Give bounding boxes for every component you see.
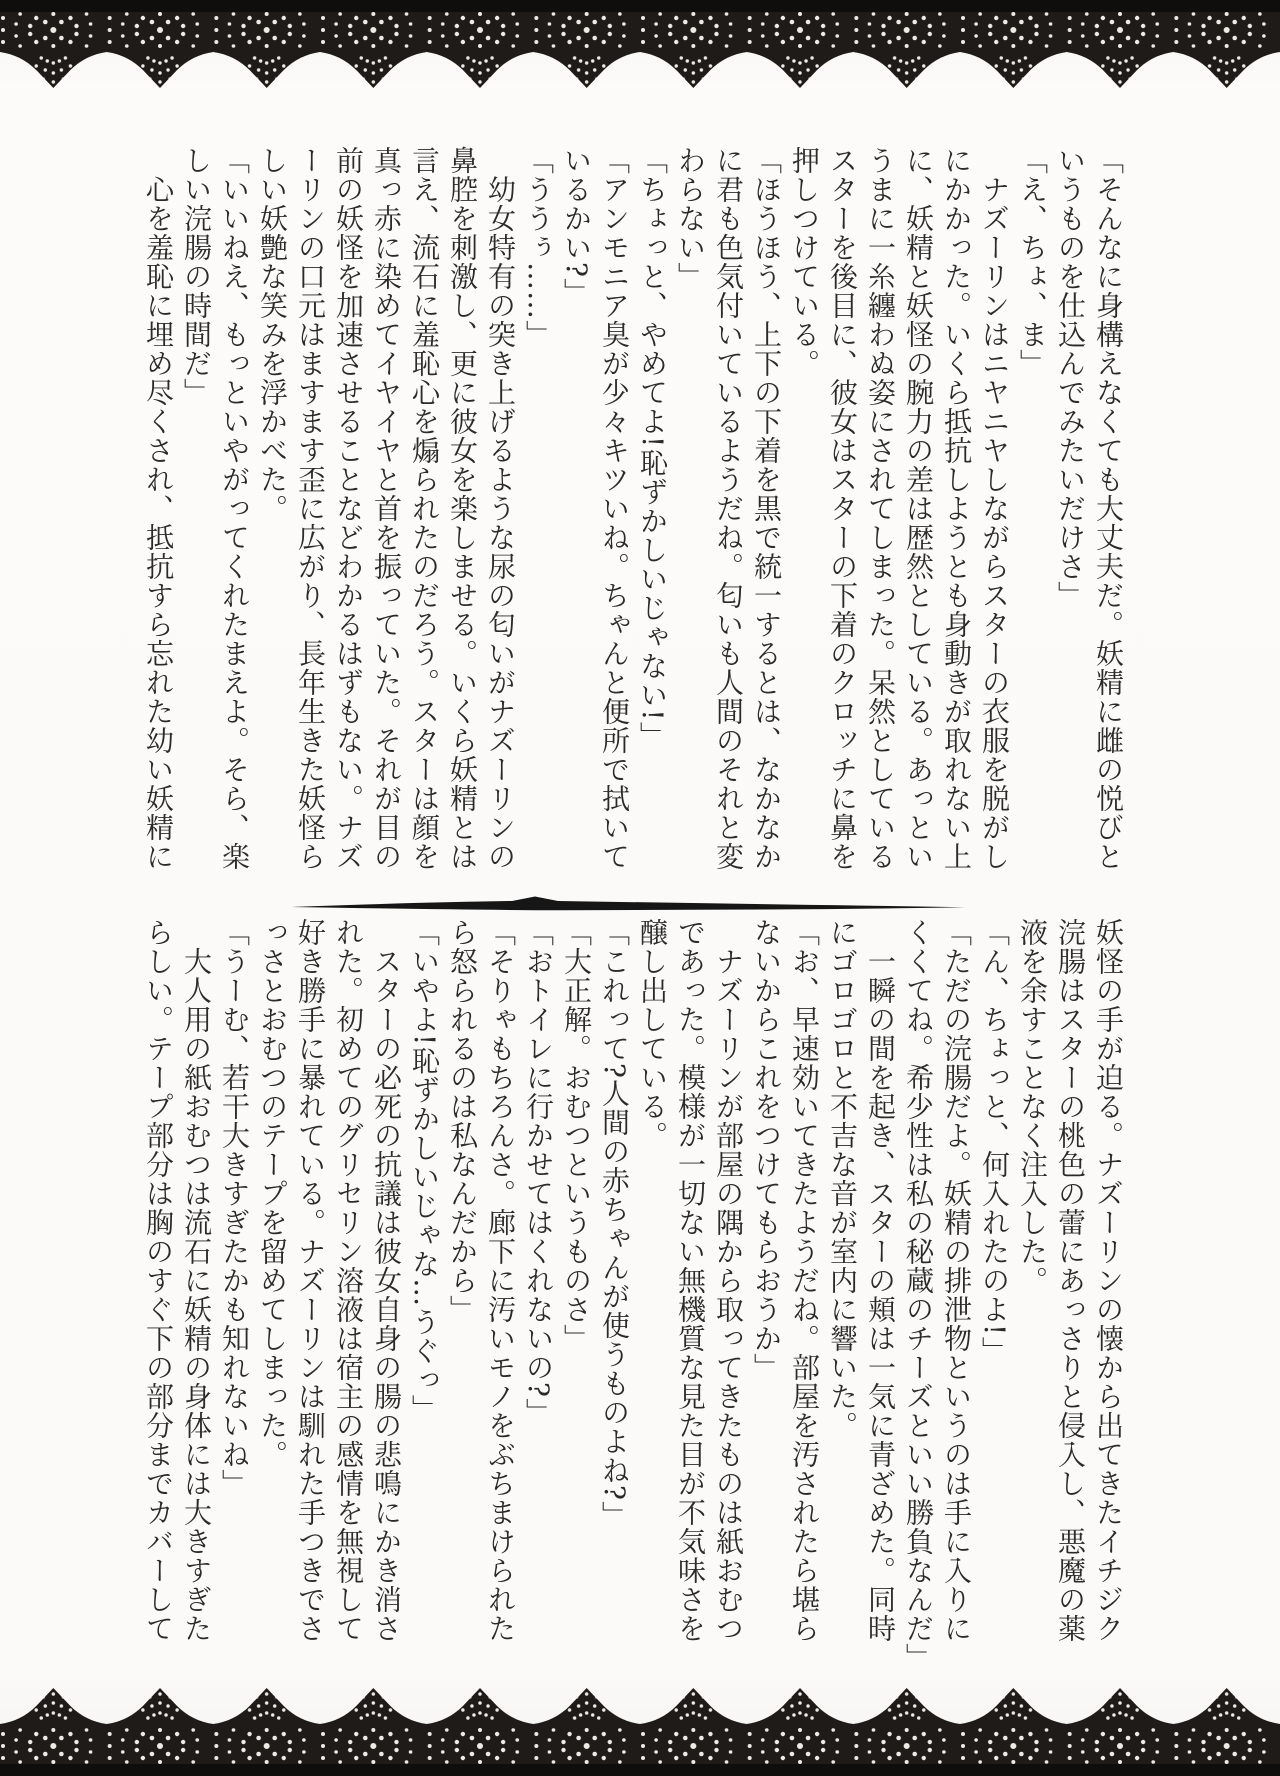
text-column: 押しつけている。 [785,146,823,872]
text-column: 「うーむ、若干大きすぎたかも知れないね」 [215,918,253,1644]
text-column: 前の妖怪を加速させることなどわかるはずもない。ナズ [329,146,367,872]
bottom-text-block: 妖怪の手が迫る。ナズーリンの懐から出てきたイチジク浣腸はスターの桃色の蕾にあっさ… [139,918,1127,1644]
text-column: ら怒られるのは私なんだから」 [443,918,481,1644]
text-column: 一瞬の間を起き、スターの頬は一気に青ざめた。同時 [861,918,899,1644]
text-column: 「いやよ!恥ずかしいじゃな…うぐっ」 [405,918,443,1644]
text-column: に、妖精と妖怪の腕力の差は歴然としている。あっとい [899,146,937,872]
text-column: に君も色気付いているようだね。匂いも人間のそれと変 [709,146,747,872]
text-column: 「そりゃもちろんさ。廊下に汚いモノをぶちまけられた [481,918,519,1644]
text-column: 「お、早速効いてきたようだね。部屋を汚されたら堪ら [785,918,823,1644]
text-column: 「ただの浣腸だよ。妖精の排泄物というのは手に入りに [937,918,975,1644]
text-column: にゴロゴロと不吉な音が室内に響いた。 [823,918,861,1644]
text-column: 大人用の紙おむつは流石に妖精の身体には大きすぎた [177,918,215,1644]
text-column: スターの必死の抗議は彼女自身の腸の悲鳴にかき消さ [367,918,405,1644]
section-divider [290,895,966,917]
text-column: くくてね。希少性は私の秘蔵のチーズといい勝負なんだ」 [899,918,937,1644]
text-column: ないからこれをつけてもらおうか」 [747,918,785,1644]
text-column: 心を羞恥に埋め尽くされ、抵抗すら忘れた幼い妖精に [139,146,177,872]
text-column: 「いいねえ、もっといやがってくれたまえよ。そら、楽 [215,146,253,872]
text-column: スターを後目に、彼女はスターの下着のクロッチに鼻を [823,146,861,872]
text-column: 醸し出している。 [633,918,671,1644]
divider-rule [291,897,965,911]
text-column: であった。模様が一切ない無機質な見た目が不気味さを [671,918,709,1644]
top-text-block: 「そんなに身構えなくても大丈夫だ。妖精に雌の悦びというものを仕込んでみたいだけさ… [139,146,1127,872]
text-column: いるかい?」 [557,146,595,872]
text-column: ーリンの口元はますます歪に広がり、長年生きた妖怪ら [291,146,329,872]
text-column: 好き勝手に暴れている。ナズーリンは馴れた手つきでさ [291,918,329,1644]
text-column: 「ほうほう、上下の下着を黒で統一するとは、なかなか [747,146,785,872]
text-column: 「これって?人間の赤ちゃんが使うものよね?」 [595,918,633,1644]
text-column: 「おトイレに行かせてはくれないの?」 [519,918,557,1644]
text-column: 「ううぅ……」 [519,146,557,872]
text-column: しい浣腸の時間だ」 [177,146,215,872]
text-column: 妖怪の手が迫る。ナズーリンの懐から出てきたイチジク [1089,918,1127,1644]
text-column: 幼女特有の突き上げるような尿の匂いがナズーリンの [481,146,519,872]
text-column: 「ん、ちょっと、何入れたのよ!」 [975,918,1013,1644]
text-column: 鼻腔を刺激し、更に彼女を楽しませる。いくら妖精とは [443,146,481,872]
text-column: わらない」 [671,146,709,872]
text-column: 浣腸はスターの桃色の蕾にあっさりと侵入し、悪魔の薬 [1051,918,1089,1644]
text-column: 液を余すことなく注入した。 [1013,918,1051,1644]
text-column: うまに一糸纏わぬ姿にされてしまった。呆然としている [861,146,899,872]
lace-border-top [0,0,1280,100]
text-column: 「大正解。おむつというものさ」 [557,918,595,1644]
text-column: 言え、流石に羞恥心を煽られたのだろう。スターは顔を [405,146,443,872]
text-column: ナズーリンはニヤニヤしながらスターの衣服を脱がし [975,146,1013,872]
text-column: にかかった。いくら抵抗しようとも身動きが取れない上 [937,146,975,872]
text-column: ナズーリンが部屋の隅から取ってきたものは紙おむつ [709,918,747,1644]
text-column: らしい。テープ部分は胸のすぐ下の部分までカバーして [139,918,177,1644]
text-column: 「え、ちょ、ま」 [1013,146,1051,872]
text-column: 真っ赤に染めてイヤイヤと首を振っていた。それが目の [367,146,405,872]
text-column: れた。初めてのグリセリン溶液は宿主の感情を無視して [329,918,367,1644]
text-column: っさとおむつのテープを留めてしまった。 [253,918,291,1644]
text-column: 「ちょっと、やめてよ!恥ずかしいじゃない!」 [633,146,671,872]
scanned-page: 「そんなに身構えなくても大丈夫だ。妖精に雌の悦びというものを仕込んでみたいだけさ… [0,0,1280,1776]
lace-border-bottom [0,1676,1280,1776]
text-column: 「そんなに身構えなくても大丈夫だ。妖精に雌の悦びと [1089,146,1127,872]
text-column: しい妖艶な笑みを浮かべた。 [253,146,291,872]
text-column: いうものを仕込んでみたいだけさ」 [1051,146,1089,872]
text-column: 「アンモニア臭が少々キツいね。ちゃんと便所で拭いて [595,146,633,872]
